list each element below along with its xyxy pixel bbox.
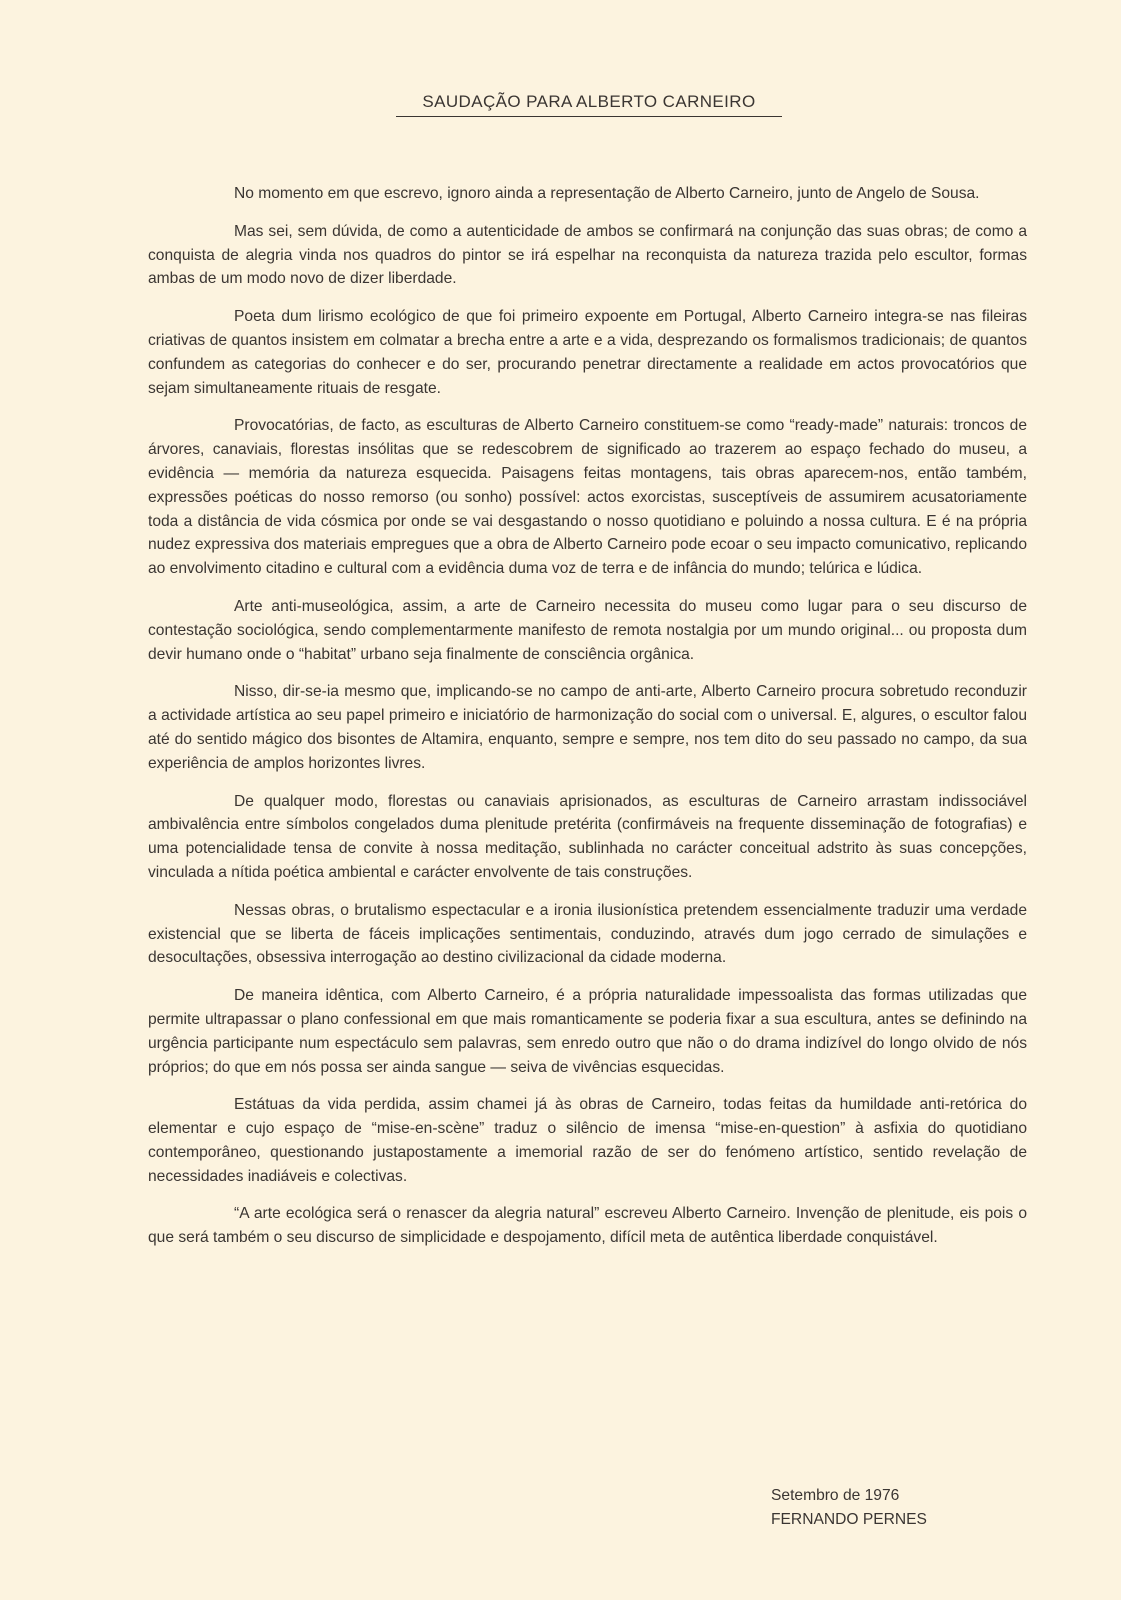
signature-date: Setembro de 1976 — [771, 1484, 927, 1508]
paragraph: De qualquer modo, florestas ou canaviais… — [148, 790, 1027, 885]
signature-author: FERNANDO PERNES — [771, 1508, 927, 1532]
document-body: No momento em que escrevo, ignoro ainda … — [148, 182, 1027, 1264]
signature-block: Setembro de 1976 FERNANDO PERNES — [771, 1484, 927, 1532]
paragraph: Nisso, dir-se-ia mesmo que, implicando-s… — [148, 680, 1027, 775]
paragraph: “A arte ecológica será o renascer da ale… — [148, 1202, 1027, 1250]
paragraph: Provocatórias, de facto, as esculturas d… — [148, 414, 1027, 581]
paragraph: Arte anti-museológica, assim, a arte de … — [148, 595, 1027, 666]
paragraph: De maneira idêntica, com Alberto Carneir… — [148, 984, 1027, 1079]
paragraph: No momento em que escrevo, ignoro ainda … — [148, 182, 1027, 206]
paragraph: Estátuas da vida perdida, assim chamei j… — [148, 1093, 1027, 1188]
page-title: SAUDAÇÃO PARA ALBERTO CARNEIRO — [396, 92, 782, 117]
paragraph: Poeta dum lirismo ecológico de que foi p… — [148, 305, 1027, 400]
paragraph: Nessas obras, o brutalismo espectacular … — [148, 899, 1027, 970]
paragraph: Mas sei, sem dúvida, de como a autentici… — [148, 220, 1027, 291]
title-block: SAUDAÇÃO PARA ALBERTO CARNEIRO — [396, 92, 782, 117]
